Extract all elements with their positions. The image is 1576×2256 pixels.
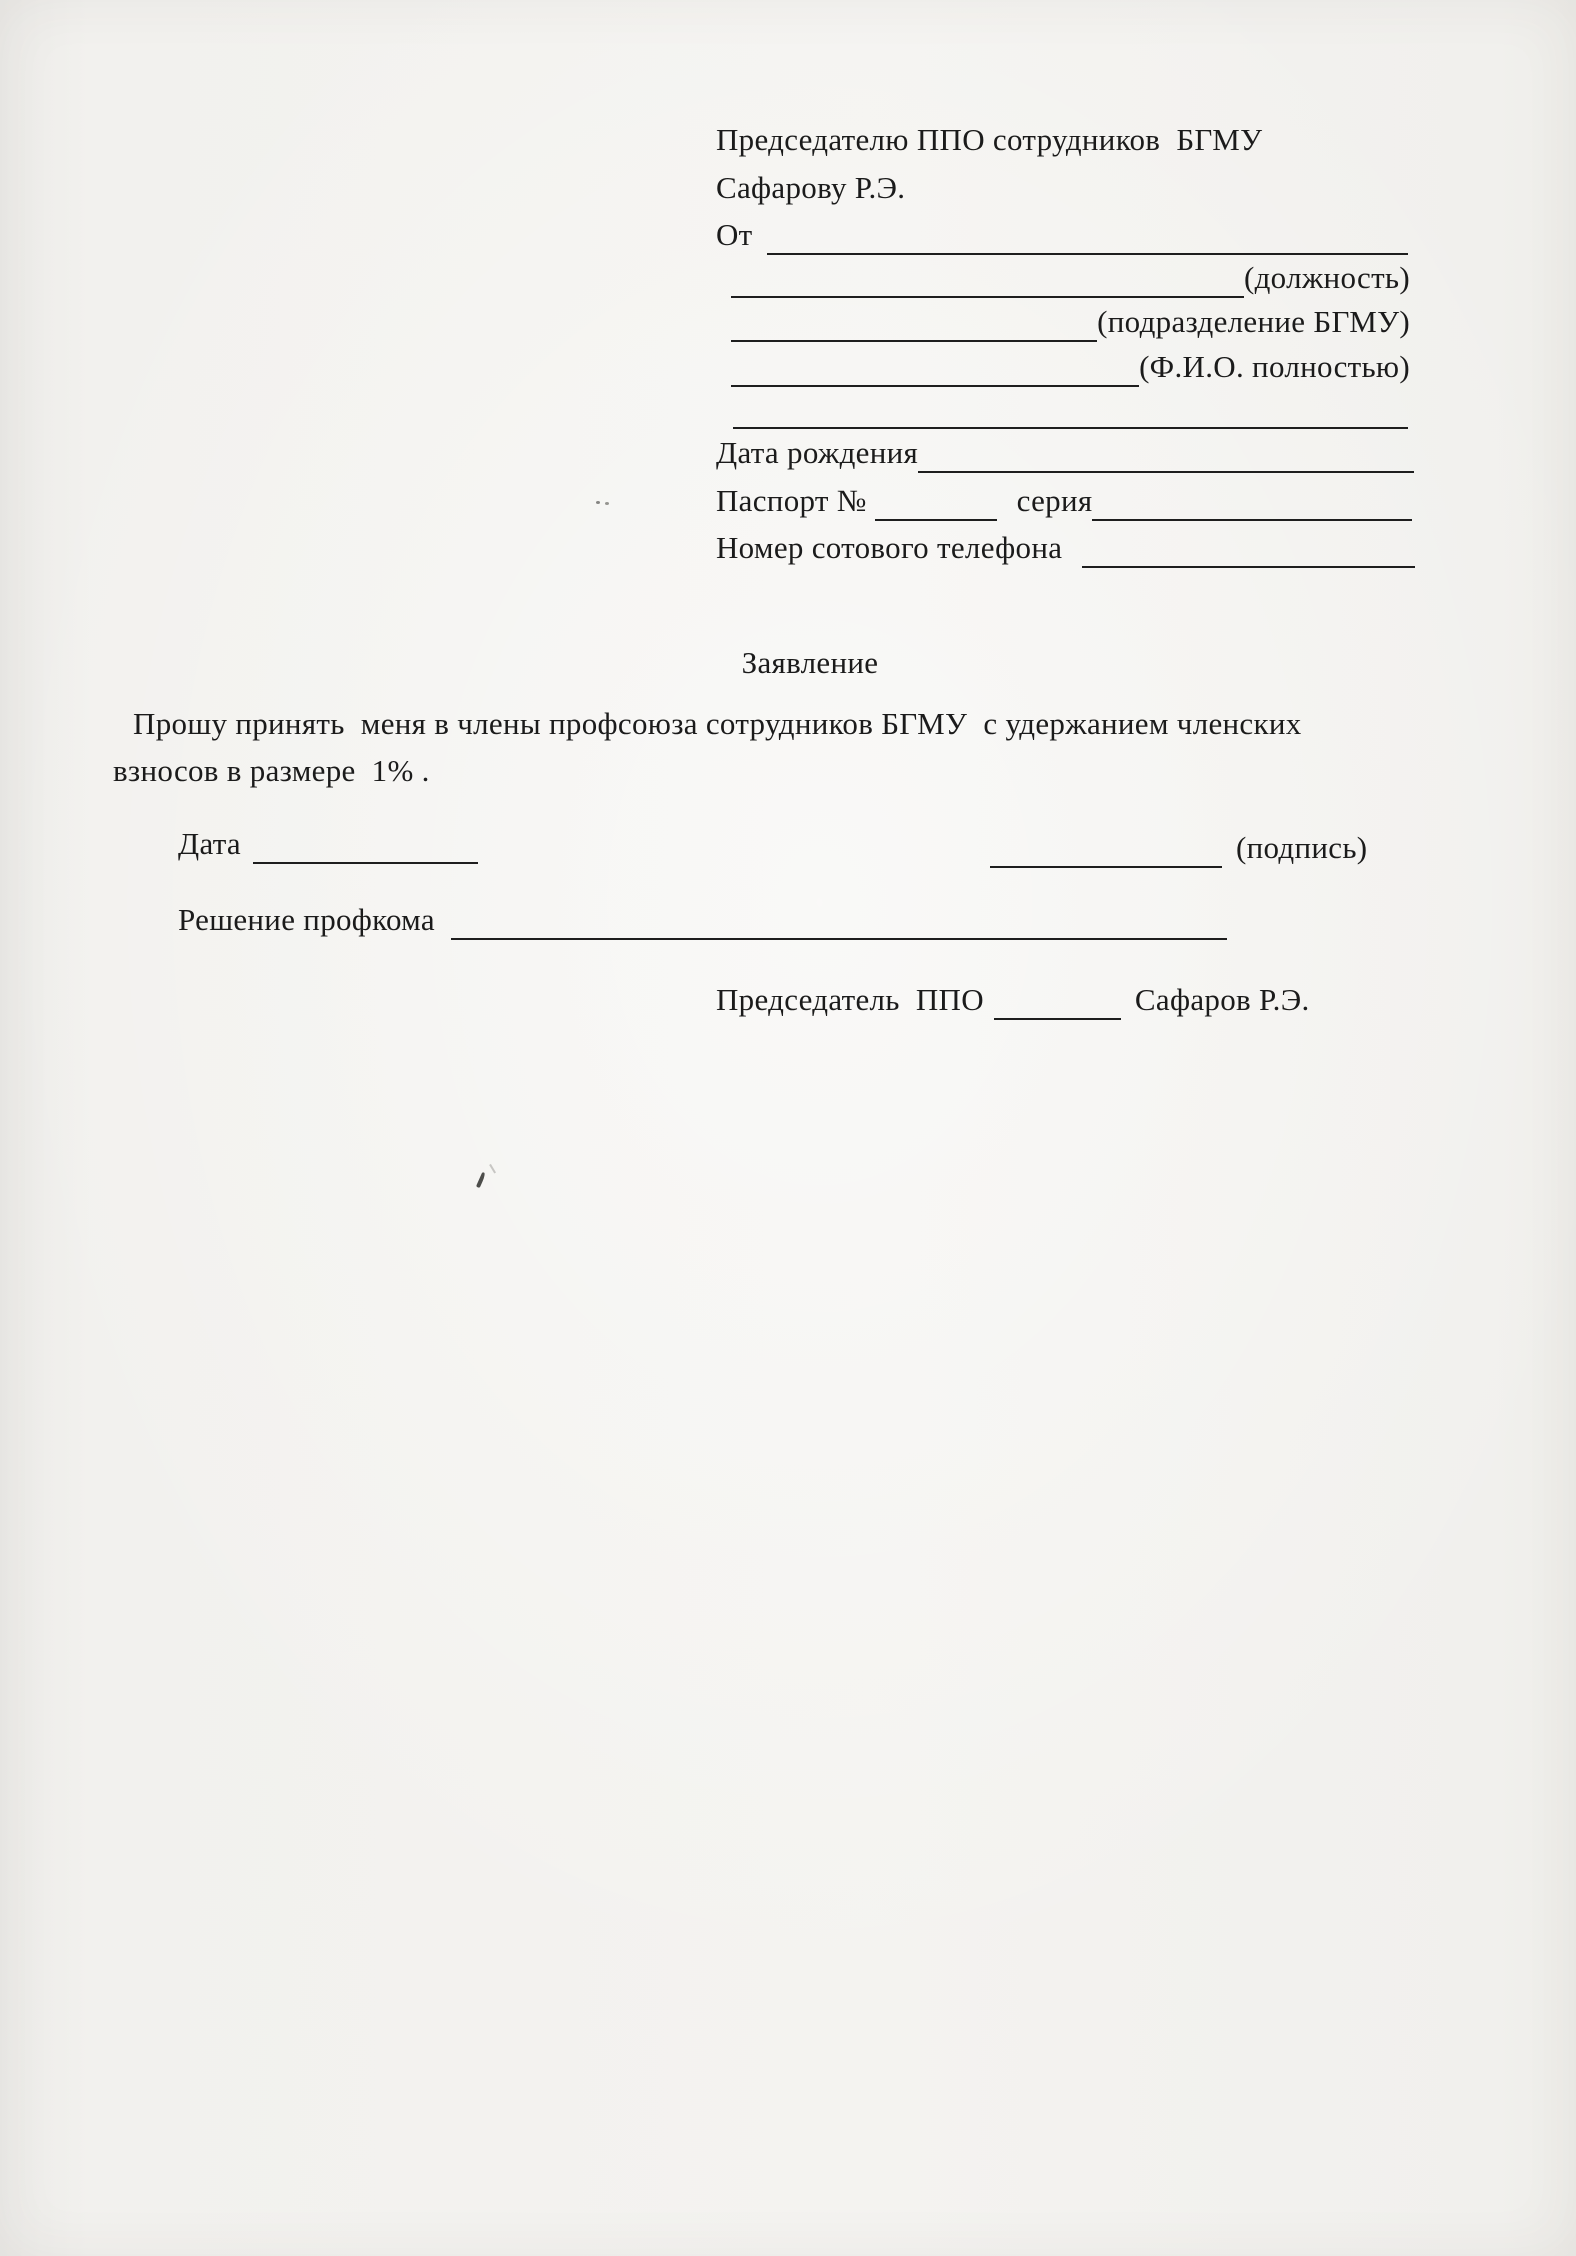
from-row: От (716, 211, 1408, 255)
passport-row: Паспорт № серия (716, 477, 1412, 521)
phone-label: Номер сотового телефона (716, 528, 1070, 568)
signature-row: (подпись) (990, 824, 1392, 868)
scan-artifact-dots (596, 501, 600, 504)
department-label: (подразделение БГМУ) (1097, 302, 1410, 342)
addressee-line-2: Сафарову Р.Э. (716, 170, 905, 206)
department-blank-line (731, 302, 1097, 342)
extra-blank-line (733, 389, 1408, 429)
from-label: От (716, 215, 753, 255)
date-label: Дата (178, 824, 241, 864)
from-blank-line (767, 215, 1408, 255)
addressee-line-1: Председателю ППО сотрудников БГМУ (716, 122, 1262, 158)
birthdate-row: Дата рождения (716, 429, 1414, 473)
chairman-name: Сафаров Р.Э. (1135, 980, 1310, 1020)
position-label: (должность) (1244, 258, 1410, 298)
resolution-row: Решение профкома (178, 896, 1227, 940)
position-row: (должность) (731, 254, 1410, 298)
extra-blank-row (733, 385, 1408, 429)
scan-artifact-ink-speck (476, 1172, 486, 1188)
resolution-label: Решение профкома (178, 900, 435, 940)
chairman-blank-line (994, 980, 1121, 1020)
phone-blank-line (1082, 528, 1415, 568)
signature-blank-line (990, 828, 1222, 868)
birthdate-label: Дата рождения (716, 433, 918, 473)
fio-row: (Ф.И.О. полностью) (731, 343, 1410, 387)
birthdate-blank-line (918, 433, 1414, 473)
department-row: (подразделение БГМУ) (731, 298, 1410, 342)
chairman-row: Председатель ППО Сафаров Р.Э. (716, 976, 1406, 1020)
body-text-line-2: взносов в размере 1% . (113, 753, 430, 789)
signature-label: (подпись) (1236, 828, 1367, 868)
fio-blank-line (731, 347, 1139, 387)
position-blank-line (731, 258, 1244, 298)
date-row: Дата (178, 820, 478, 864)
fio-label: (Ф.И.О. полностью) (1139, 347, 1410, 387)
passport-number-blank-line (875, 481, 997, 521)
body-text-line-1: Прошу принять меня в члены профсоюза сот… (125, 706, 1302, 742)
date-blank-line (253, 824, 478, 864)
document-title: Заявление (44, 645, 1576, 681)
chairman-label: Председатель ППО (716, 980, 984, 1020)
phone-row: Номер сотового телефона (716, 524, 1415, 568)
scanned-application-document: Председателю ППО сотрудников БГМУ Сафаро… (0, 0, 1576, 2256)
resolution-blank-line (451, 900, 1227, 940)
passport-series-blank-line (1092, 481, 1412, 521)
passport-series-label: серия (1017, 481, 1093, 521)
passport-number-label: Паспорт № (716, 481, 867, 521)
